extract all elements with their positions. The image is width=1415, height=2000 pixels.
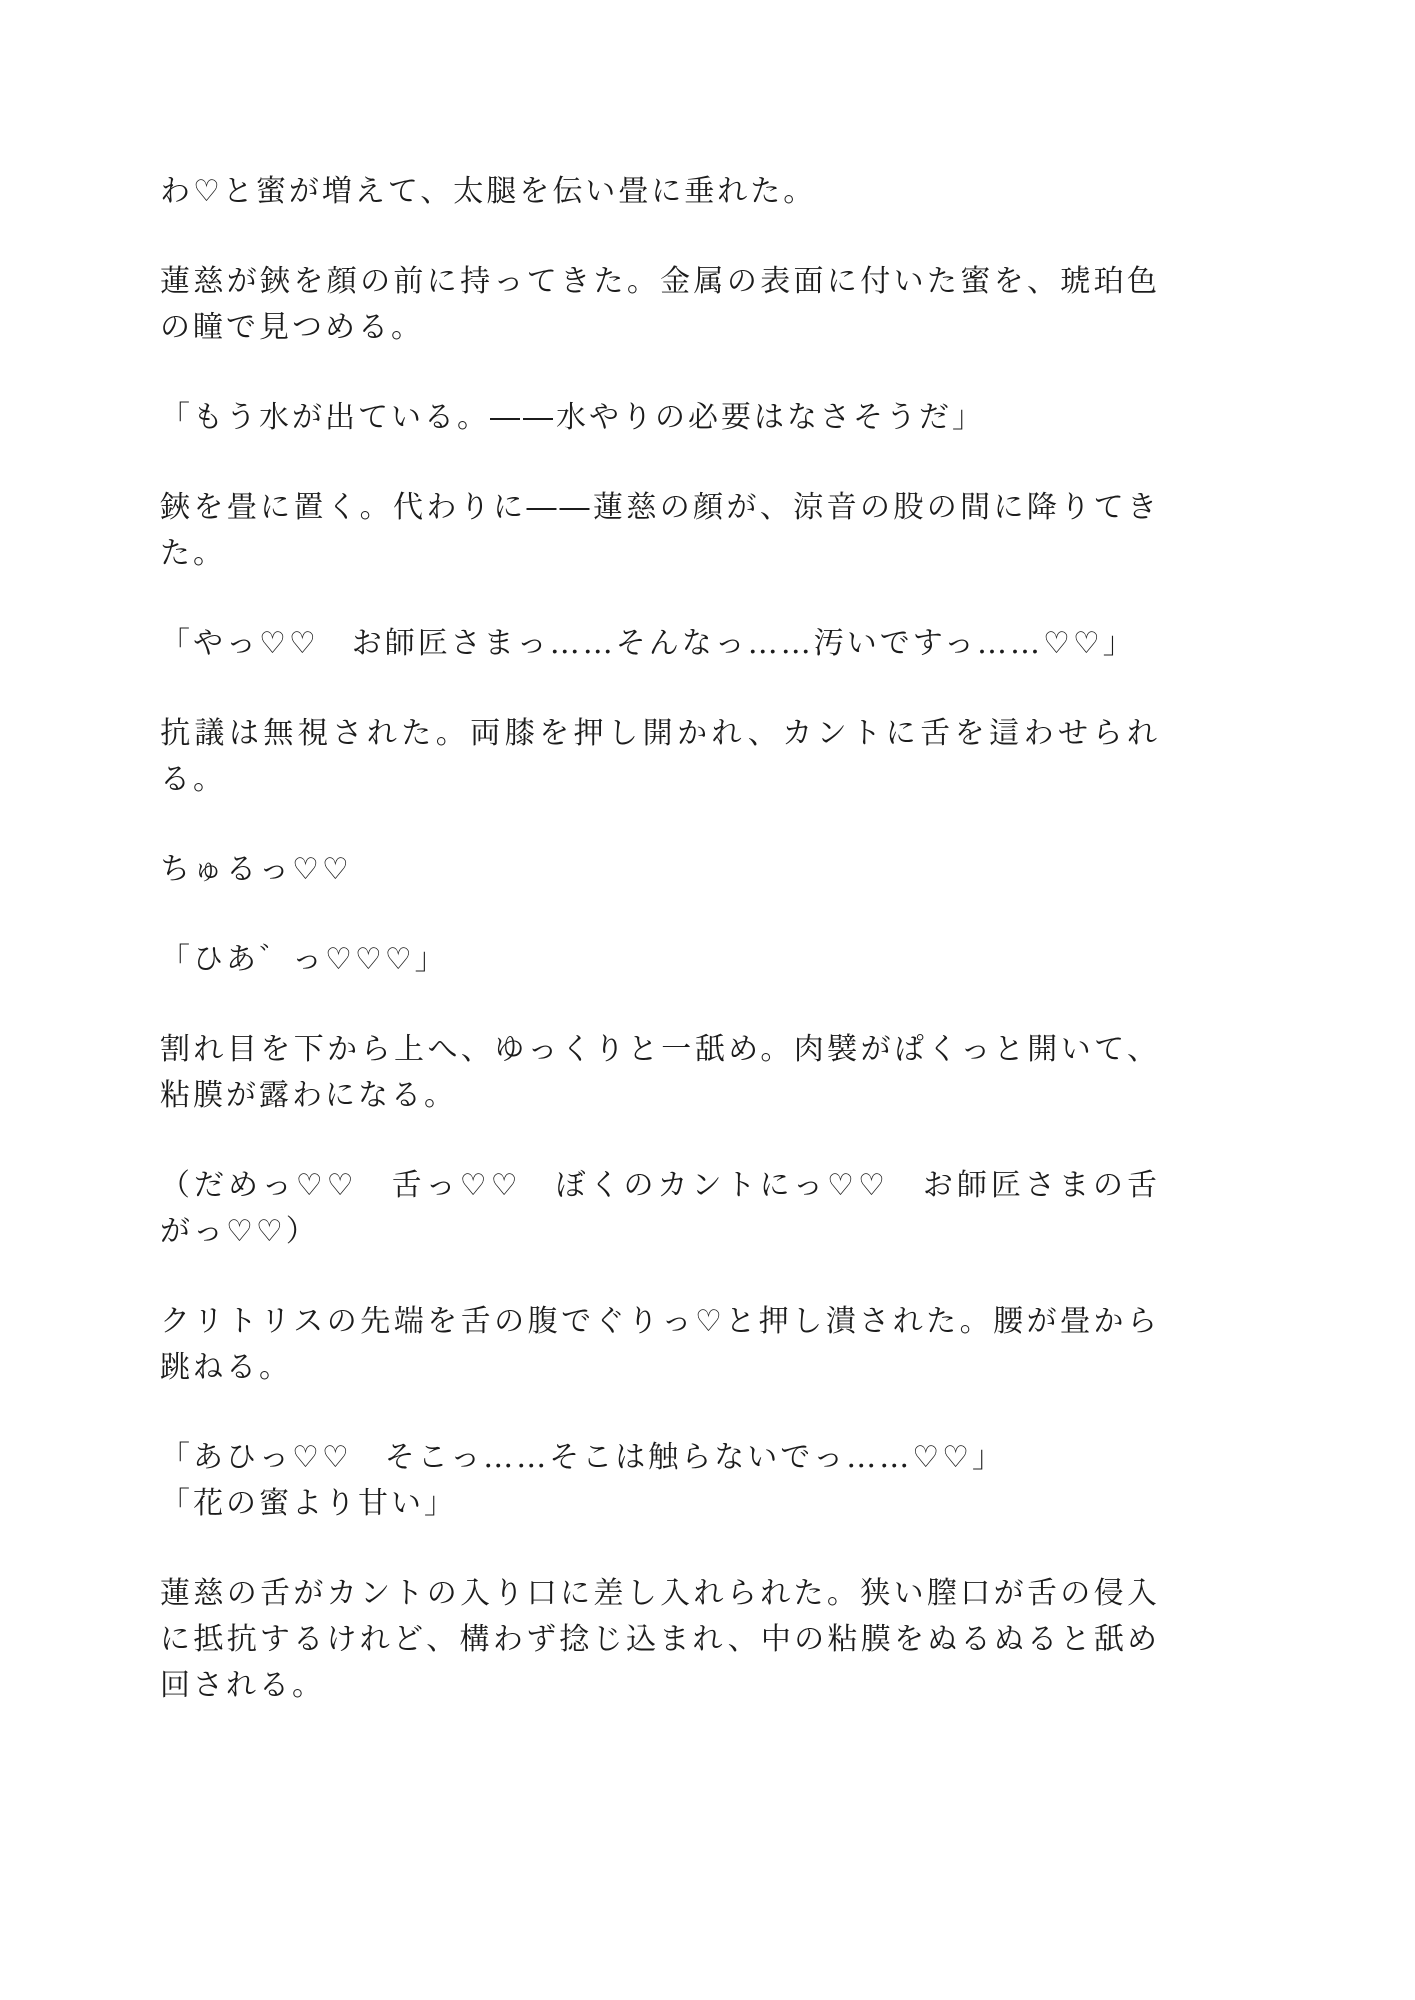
paragraph: 鋏を畳に置く。代わりに――蓮慈の顔が、涼音の股の間に降りてきた。 <box>160 485 1160 577</box>
paragraph-dialogue: 「もう水が出ている。――水やりの必要はなさそうだ」 <box>160 395 1160 441</box>
paragraph: 蓮慈の舌がカントの入り口に差し入れられた。狭い膣口が舌の侵入に抵抗するけれど、構… <box>160 1571 1160 1709</box>
paragraph: 割れ目を下から上へ、ゆっくりと一舐め。肉襞がぱくっと開いて、粘膜が露わになる。 <box>160 1027 1160 1119</box>
paragraph: クリトリスの先端を舌の腹でぐりっ♡と押し潰された。腰が畳から跳ねる。 <box>160 1299 1160 1391</box>
paragraph-dialogue: 「やっ♡♡ お師匠さまっ……そんなっ……汚いですっ……♡♡」 <box>160 621 1160 667</box>
paragraph-sfx: ちゅるっ♡♡ <box>160 847 1160 893</box>
paragraph: わ♡と蜜が増えて、太腿を伝い畳に垂れた。 <box>160 169 1160 215</box>
paragraph-dialogue: 「ひあ゛っ♡♡♡」 <box>160 937 1160 983</box>
paragraph-thought: （だめっ♡♡ 舌っ♡♡ ぼくのカントにっ♡♡ お師匠さまの舌がっ♡♡） <box>160 1163 1160 1255</box>
paragraph-dialogue: 「花の蜜より甘い」 <box>160 1481 1160 1527</box>
paragraph-dialogue: 「あひっ♡♡ そこっ……そこは触らないでっ……♡♡」 <box>160 1435 1160 1481</box>
paragraph: 蓮慈が鋏を顔の前に持ってきた。金属の表面に付いた蜜を、琥珀色の瞳で見つめる。 <box>160 259 1160 351</box>
text-body: わ♡と蜜が増えて、太腿を伝い畳に垂れた。 蓮慈が鋏を顔の前に持ってきた。金属の表… <box>160 169 1160 1753</box>
paragraph: 抗議は無視された。両膝を押し開かれ、カントに舌を這わせられる。 <box>160 711 1160 803</box>
document-page: わ♡と蜜が増えて、太腿を伝い畳に垂れた。 蓮慈が鋏を顔の前に持ってきた。金属の表… <box>0 0 1415 2000</box>
